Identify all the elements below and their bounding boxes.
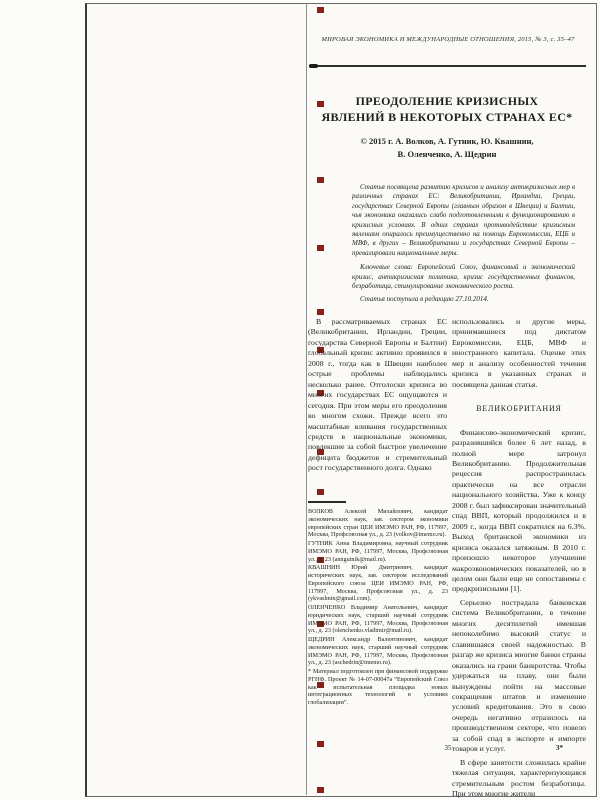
right-paragraph-2: Финансово-экономический кризис, разразив… <box>452 428 586 595</box>
header-rule-artifact <box>309 64 318 68</box>
footnote-separator-rule <box>308 501 346 503</box>
article-title-line1: ПРЕОДОЛЕНИЕ КРИЗИСНЫХ <box>308 94 586 110</box>
right-paragraph-1: использовались и другие меры, принимавши… <box>452 317 586 390</box>
author-footnotes: ВОЛКОВ Алексей Михайлович, кандидат экон… <box>308 508 448 708</box>
footnote-shchedrin: ЩЕДРИН Александр Валентинович, кандидат … <box>308 636 448 667</box>
left-column-paragraph: В рассматриваемых странах ЕС (Великобрит… <box>308 317 447 474</box>
article-title: ПРЕОДОЛЕНИЕ КРИЗИСНЫХ ЯВЛЕНИЙ В НЕКОТОРЫ… <box>308 94 586 125</box>
left-column: В рассматриваемых странах ЕС (Великобрит… <box>308 317 447 474</box>
red-edge-mark <box>317 787 324 793</box>
footnote-funding: * Материал подготовлен при финансовой по… <box>308 668 448 707</box>
abstract-block: Статья посвящена развитию кризисов и ана… <box>352 183 575 305</box>
keywords: Ключевые слова: Европейский Союз, финанс… <box>352 263 575 291</box>
scanned-journal-page: МИРОВАЯ ЭКОНОМИКА И МЕЖДУНАРОДНЫЕ ОТНОШЕ… <box>0 0 600 800</box>
page-number: 35 <box>310 744 586 752</box>
journal-header: МИРОВАЯ ЭКОНОМИКА И МЕЖДУНАРОДНЫЕ ОТНОШЕ… <box>310 36 586 43</box>
byline: © 2015 г. А. Волков, А. Гутник, Ю. Квашн… <box>308 135 586 161</box>
right-column: использовались и другие меры, принимавши… <box>452 317 586 799</box>
red-edge-mark <box>317 489 324 495</box>
red-edge-mark <box>317 7 324 13</box>
header-rule <box>309 65 586 67</box>
byline-line2: В. Оленченко, А. Щедрин <box>308 148 586 161</box>
printer-signature-mark: 3* <box>556 744 563 752</box>
page-spine-line <box>306 3 307 795</box>
right-paragraph-4: В сфере занятости сложилась крайне тяжел… <box>452 758 586 800</box>
footnote-olenchenko: ОЛЕНЧЕНКО Владимир Анатольевич, кандидат… <box>308 604 448 635</box>
received-date: Статья поступила в редакцию 27.10.2014. <box>352 295 575 304</box>
red-edge-mark <box>317 309 324 315</box>
right-paragraph-3: Серьезно пострадала банковская система В… <box>452 598 586 755</box>
section-heading-uk: ВЕЛИКОБРИТАНИЯ <box>452 404 586 414</box>
footnote-volkov: ВОЛКОВ Алексей Михайлович, кандидат экон… <box>308 508 448 539</box>
red-edge-mark <box>317 177 324 183</box>
article-title-line2: ЯВЛЕНИЙ В НЕКОТОРЫХ СТРАНАХ ЕС* <box>308 110 586 126</box>
footnote-kvashnin: КВАШНИН Юрий Дмитриевич, кандидат истори… <box>308 564 448 603</box>
abstract-text: Статья посвящена развитию кризисов и ана… <box>352 183 575 258</box>
byline-line1: © 2015 г. А. Волков, А. Гутник, Ю. Квашн… <box>308 135 586 148</box>
footnote-gutnik: ГУТНИК Анна Владимировна, научный сотруд… <box>308 540 448 563</box>
red-edge-mark <box>317 245 324 251</box>
